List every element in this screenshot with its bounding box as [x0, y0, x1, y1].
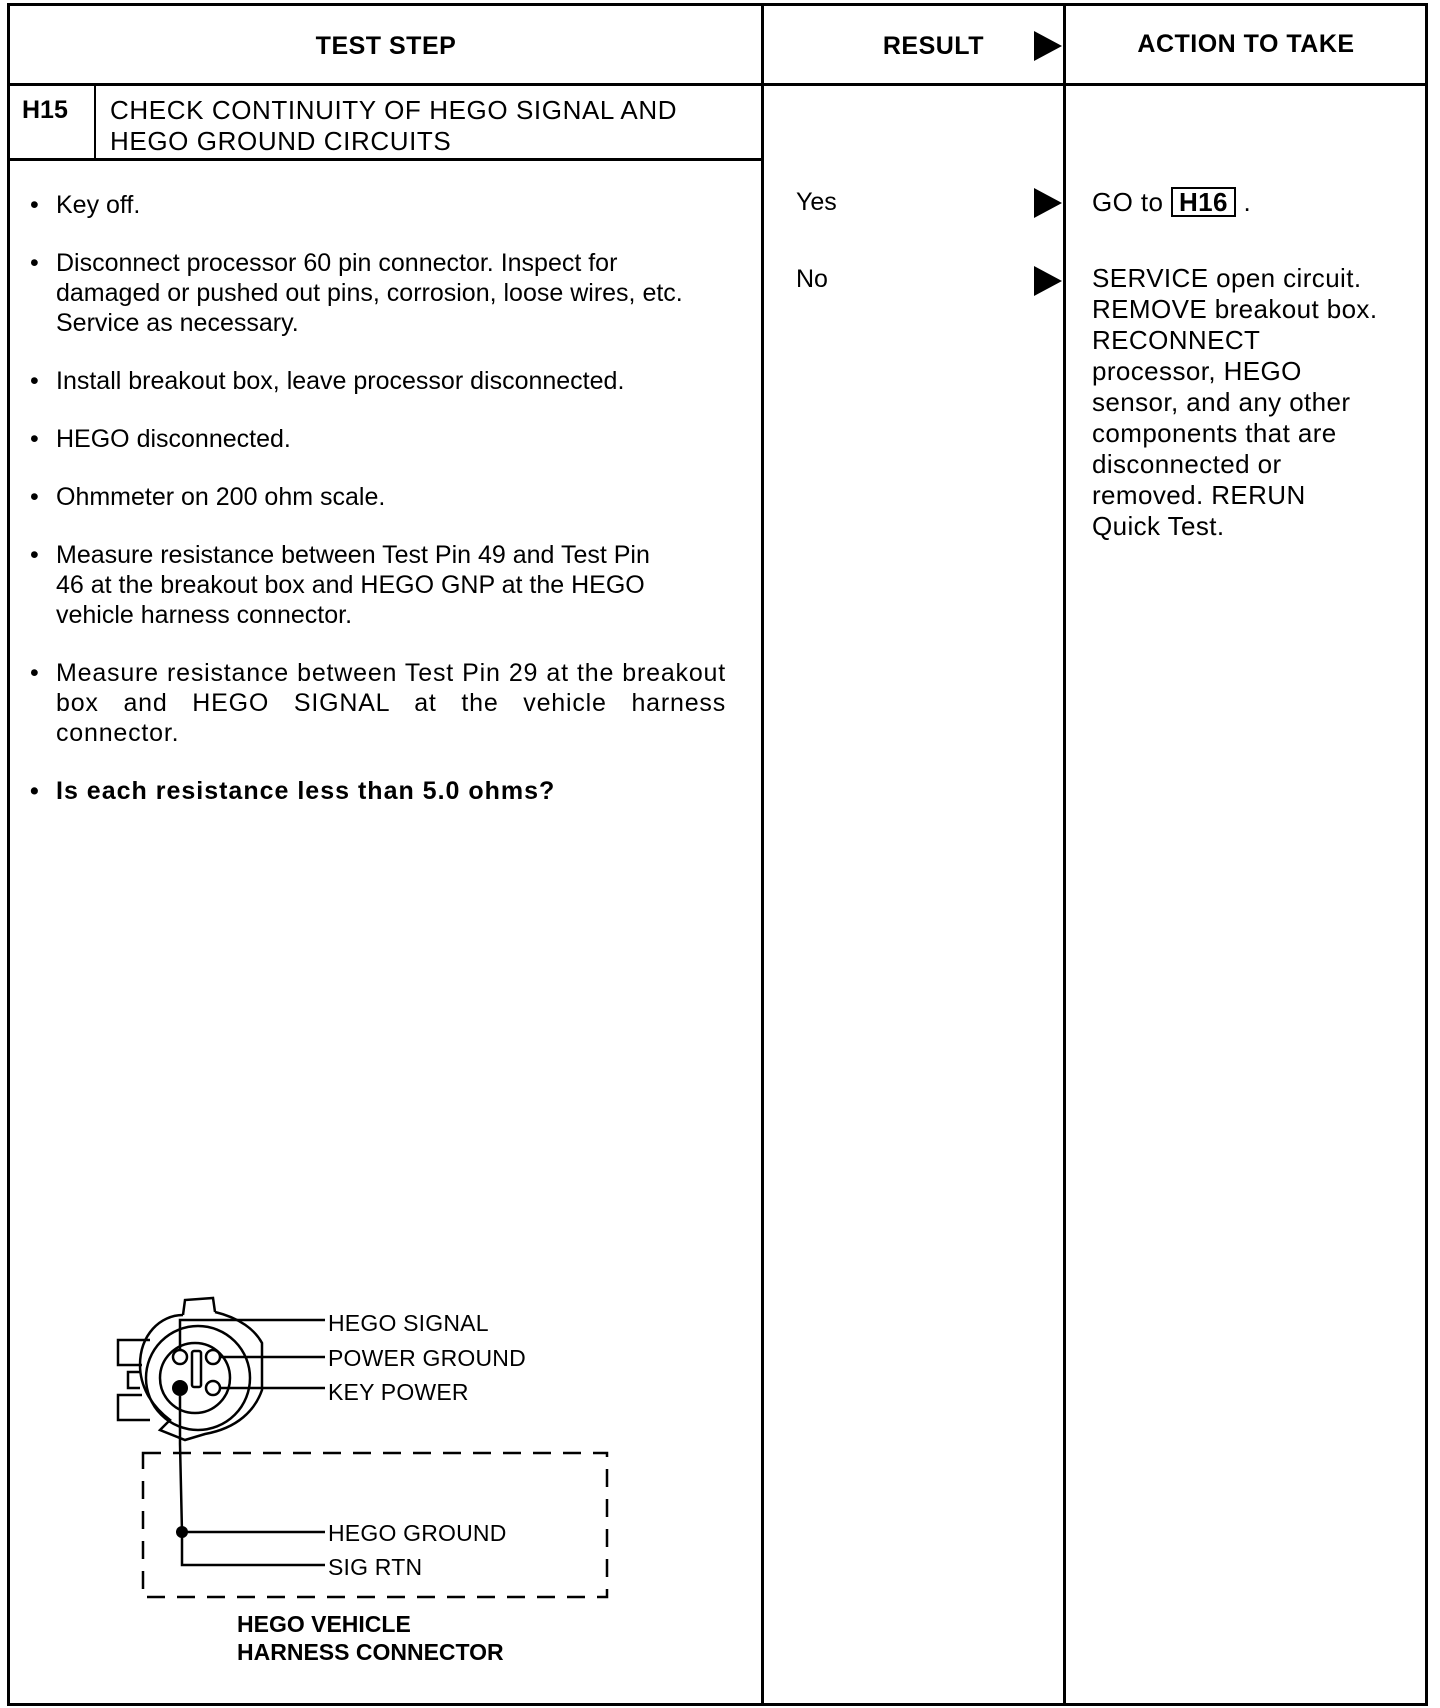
label-power-ground: POWER GROUND — [328, 1345, 526, 1372]
ground-splice-wire — [180, 1396, 325, 1565]
splice-point-icon — [176, 1526, 188, 1538]
hego-connector-diagram — [0, 0, 1440, 1708]
diagram-caption: HEGO VEHICLE HARNESS CONNECTOR — [237, 1610, 504, 1666]
label-hego-ground: HEGO GROUND — [328, 1520, 507, 1547]
caption-line-1: HEGO VEHICLE — [237, 1610, 504, 1638]
label-key-power: KEY POWER — [328, 1379, 469, 1406]
hego-ground-pin-icon — [172, 1380, 188, 1396]
caption-line-2: HARNESS CONNECTOR — [237, 1638, 504, 1666]
label-hego-signal: HEGO SIGNAL — [328, 1310, 489, 1337]
label-sig-rtn: SIG RTN — [328, 1554, 422, 1581]
hego-signal-wire — [180, 1320, 325, 1351]
